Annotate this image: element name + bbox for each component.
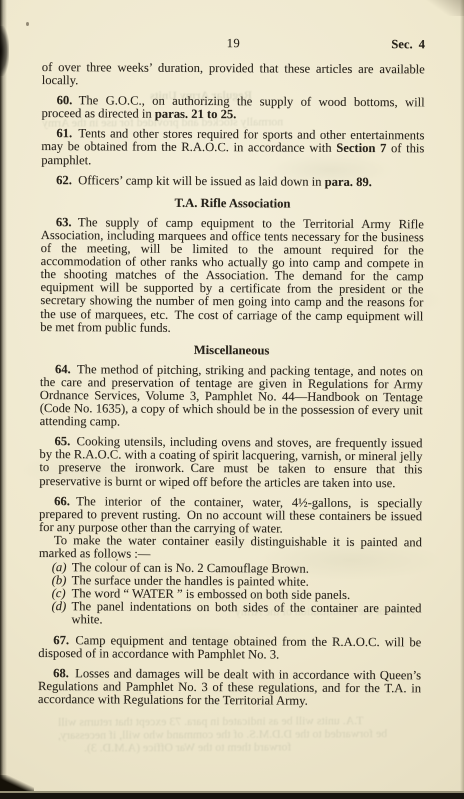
page-edge-left bbox=[0, 0, 7, 791]
paragraph-continuation: of over three weeks’ duration, provided … bbox=[42, 61, 425, 90]
marking-list: (a) The colour of can is No. 2 Camouflag… bbox=[38, 561, 421, 629]
page-edge-curl bbox=[0, 26, 9, 76]
page-edge-right bbox=[460, 0, 464, 791]
page-header: 19 Sec.4 bbox=[42, 36, 425, 51]
paragraph-64: 64. The method of pitching, striking and… bbox=[40, 363, 423, 431]
scan-speck bbox=[26, 22, 29, 26]
document-page: Regular Army Units normally stocked and … bbox=[0, 0, 464, 793]
text-block: 19 Sec.4 of over three weeks’ duration, … bbox=[38, 36, 425, 708]
bleedthrough-line: be forwarded to the D.D.M.S. of the comm… bbox=[58, 726, 387, 743]
list-item-text: The panel indentations on both sides of … bbox=[71, 601, 421, 629]
section-label: Sec.4 bbox=[391, 38, 425, 51]
paragraph-63: 63. The supply of camp equipment to the … bbox=[40, 216, 424, 336]
scan-corner-shadow bbox=[416, 0, 464, 16]
heading-miscellaneous: Miscellaneous bbox=[40, 343, 423, 358]
paragraph-65: 65. Cooking utensils, including ovens an… bbox=[39, 435, 422, 490]
heading-ta-rifle-association: T.A. Rifle Association bbox=[41, 196, 424, 211]
list-marker: (d) bbox=[51, 600, 71, 626]
page-number: 19 bbox=[227, 36, 241, 50]
paragraph-68: 68. Losses and damages will be dealt wit… bbox=[38, 667, 421, 709]
scan-bottom-corner bbox=[0, 775, 34, 791]
paragraph-62: 62. Officers’ camp kit will be issued as… bbox=[41, 174, 424, 189]
paragraph-67: 67. Camp equipment and tentage obtained … bbox=[38, 634, 421, 663]
bleedthrough-line: T.A. units will be as indicated in para.… bbox=[58, 713, 364, 730]
paragraph-61: 61. Tents and other stores required for … bbox=[41, 127, 424, 169]
paragraph-66: 66. The interior of the container, water… bbox=[39, 495, 422, 537]
scanned-document: Regular Army Units normally stocked and … bbox=[0, 0, 464, 799]
paragraph-60: 60. The G.O.C., on authorizing the suppl… bbox=[41, 94, 424, 123]
paragraph-66-continuation: To make the water container easily disti… bbox=[39, 534, 422, 563]
list-item: (d) The panel indentations on both sides… bbox=[51, 600, 421, 628]
bleedthrough-line: forward them to the War Office (A.M.D. 3… bbox=[84, 739, 291, 755]
